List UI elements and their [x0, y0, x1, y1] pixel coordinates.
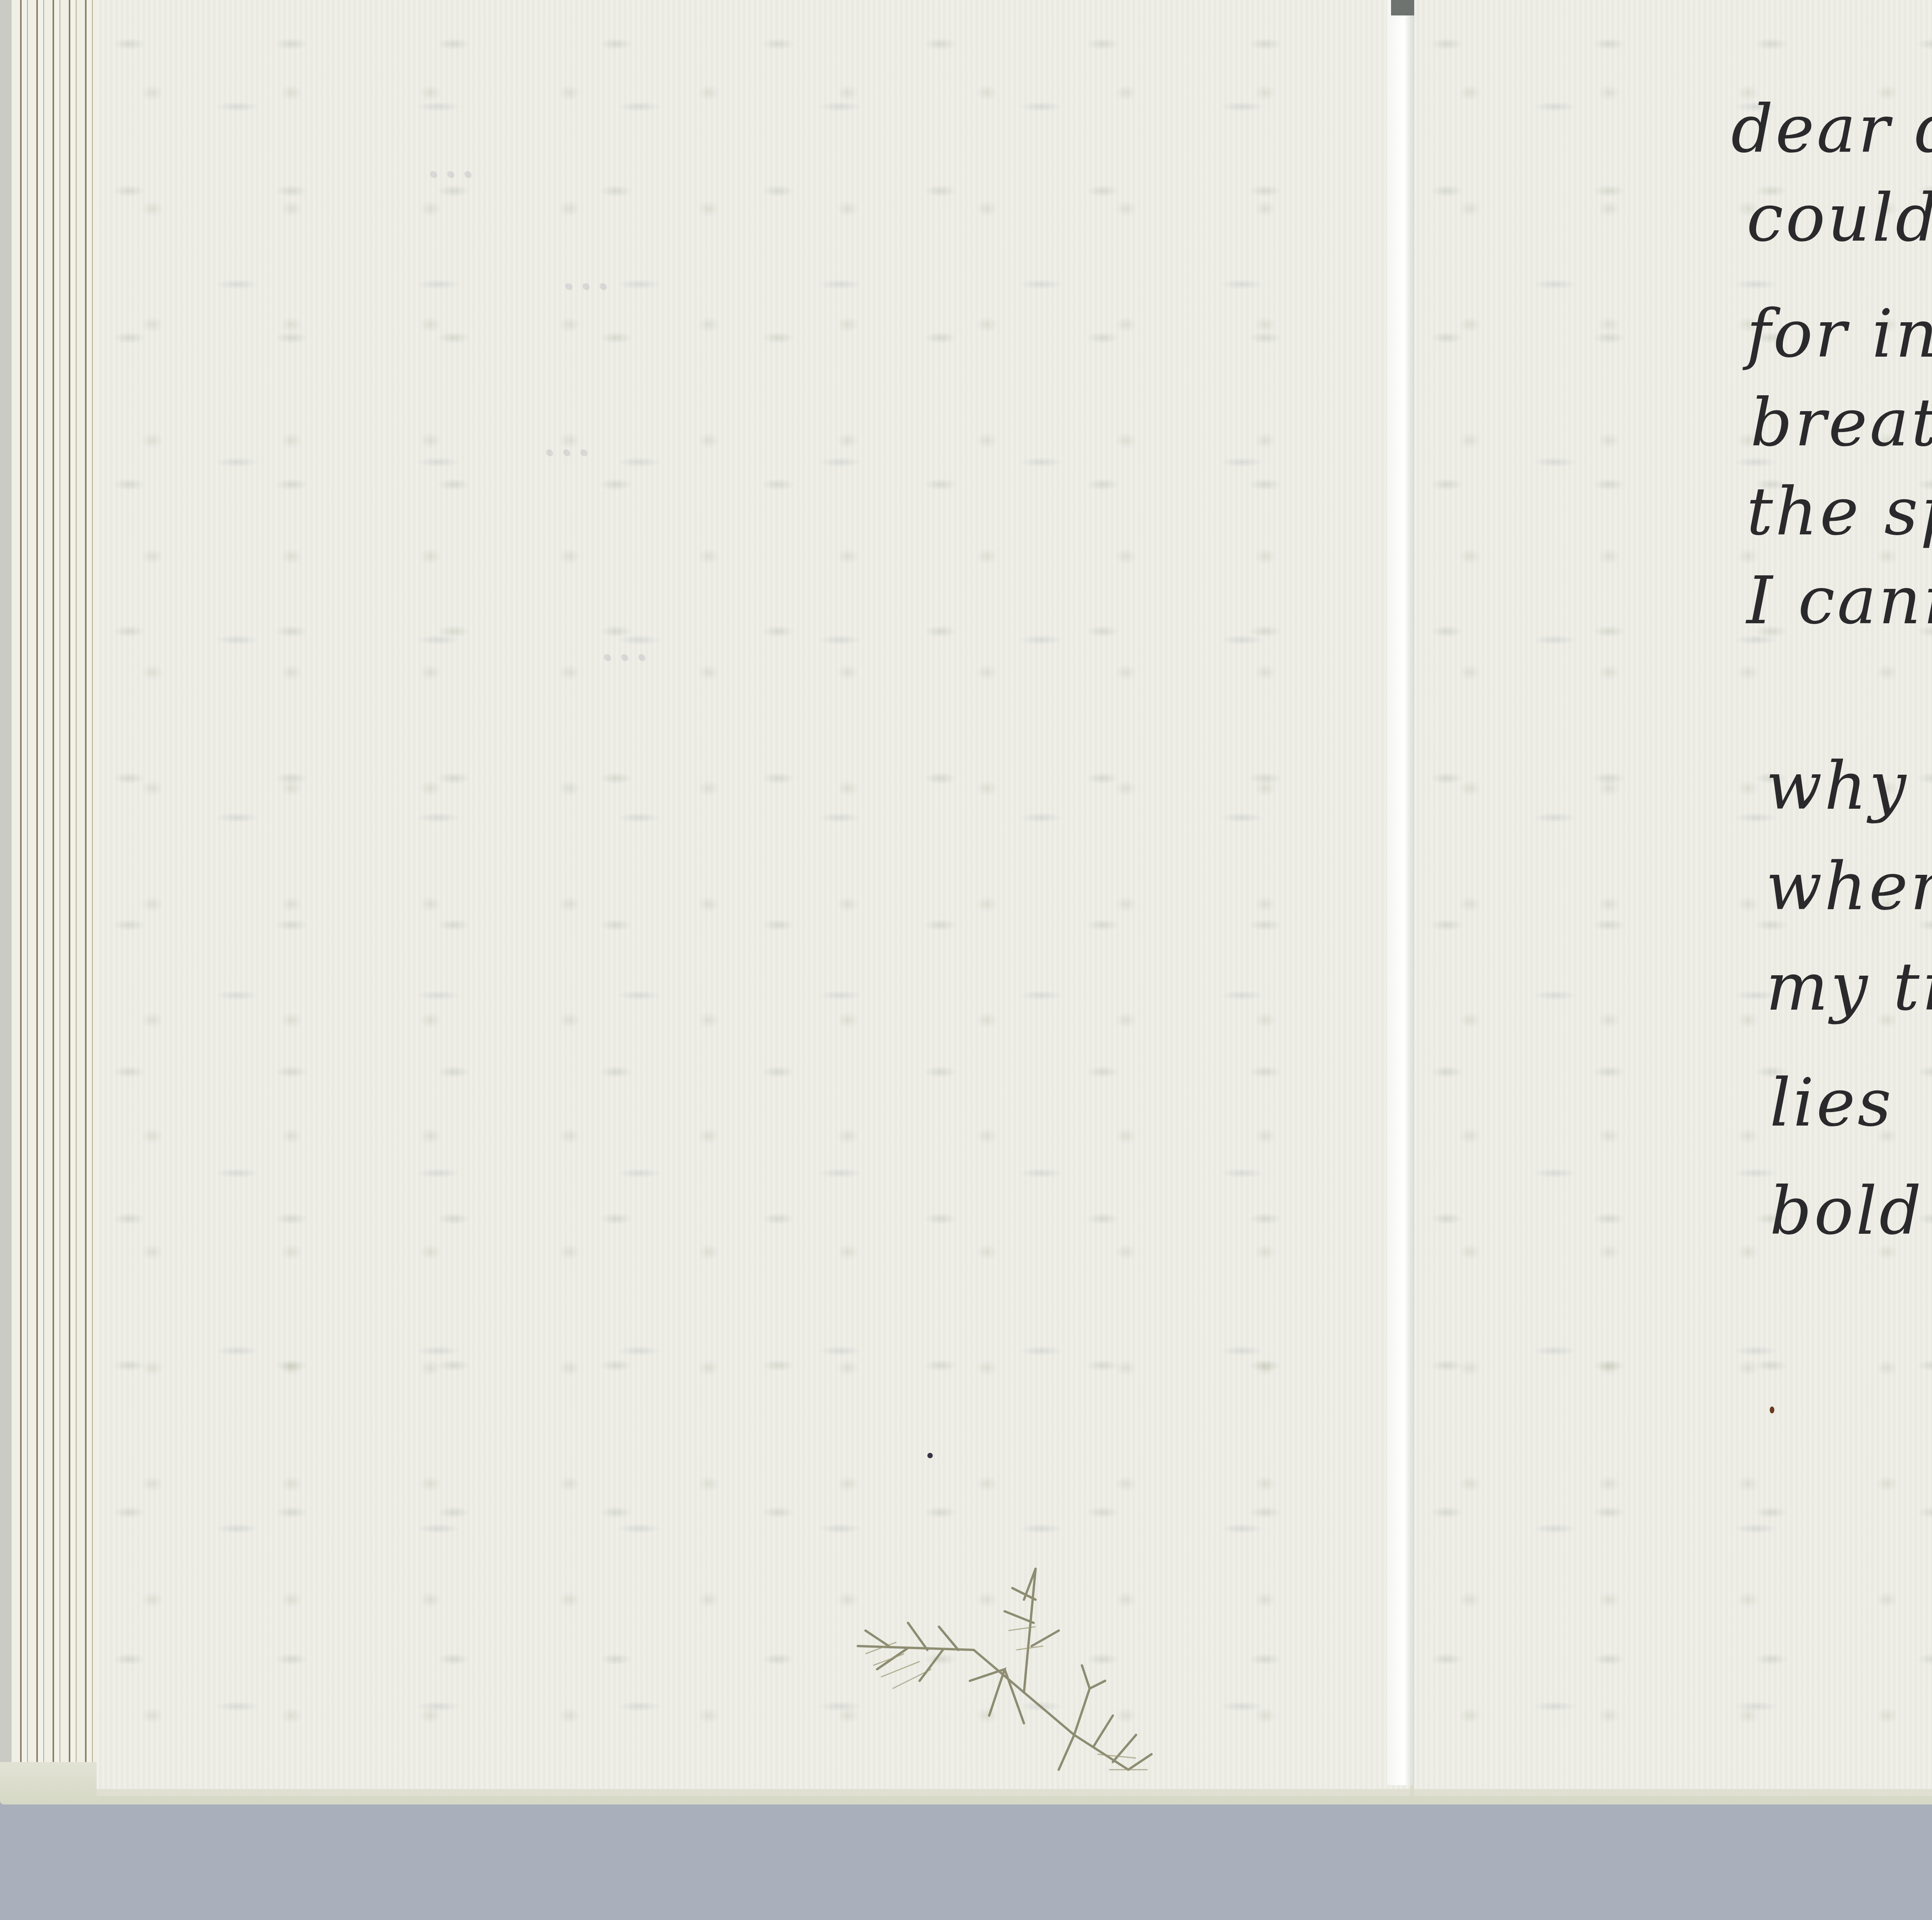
poem-line: breathes [1750, 390, 1932, 456]
poem-line: my trust [1766, 954, 1932, 1020]
poem-line: could I welcome thee. [1747, 185, 1932, 251]
left-page: ... ... ... ... [97, 0, 1410, 1796]
ink-speck [1770, 1406, 1774, 1413]
pressed-plant-icon [842, 1553, 1198, 1801]
poem-line: for in me [1747, 301, 1932, 367]
scanner-bed [0, 1793, 1932, 1920]
poem-line: dear death [1731, 97, 1932, 162]
poem-line: I cannot hold [1747, 568, 1932, 634]
bleed-through-text: ... [425, 128, 477, 190]
poem-line: bold [1770, 1179, 1923, 1244]
poem-line: lies [1770, 1070, 1894, 1136]
poem-line: the spirit of a love [1747, 479, 1932, 545]
page-stack-edges [12, 0, 100, 1762]
poem-line: when on thy lea [1766, 854, 1932, 920]
bleed-through-text: ... [599, 611, 651, 673]
ink-speck [927, 1453, 933, 1458]
bleed-through-text: ... [541, 406, 593, 469]
poem-line: why anxious be [1766, 753, 1932, 819]
bleed-through-text: ... [560, 240, 612, 303]
